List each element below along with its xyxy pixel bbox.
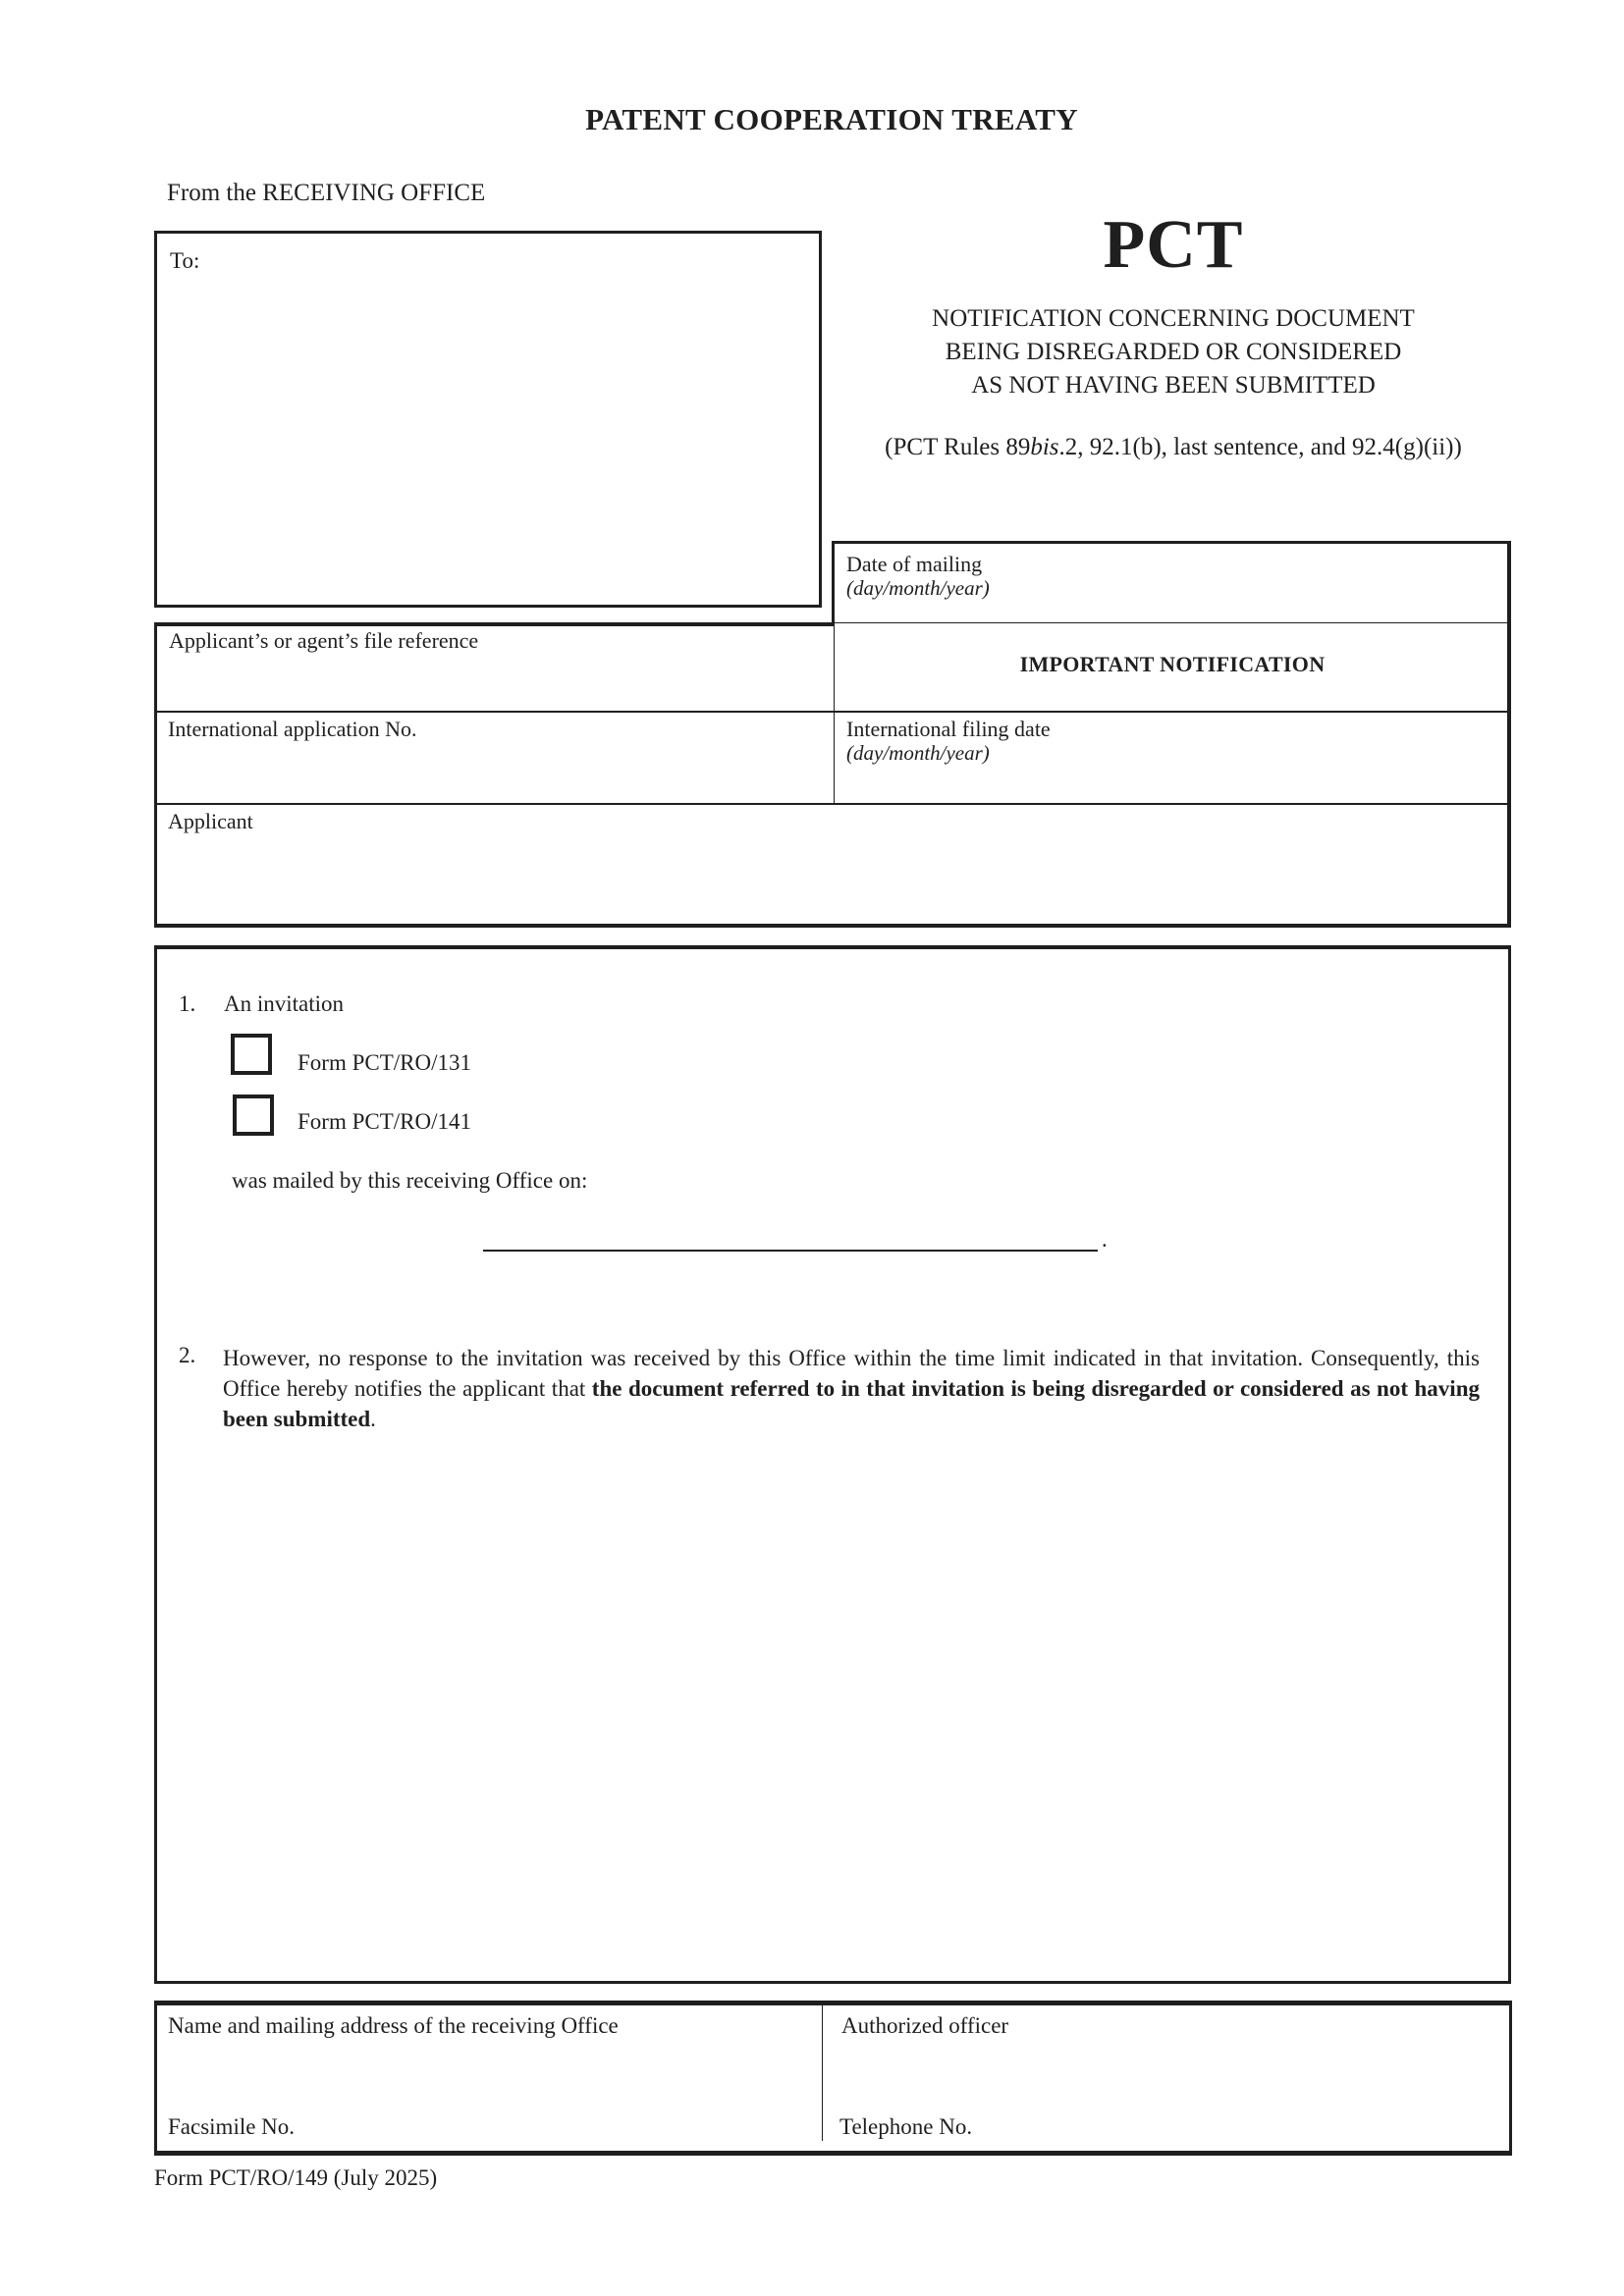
- info-block-left-border: [154, 622, 157, 928]
- important-notification: IMPORTANT NOTIFICATION: [835, 652, 1510, 677]
- info-block-right-border: [1507, 541, 1511, 928]
- form-identifier: Form PCT/RO/149 (July 2025): [154, 2165, 437, 2191]
- date-of-mailing-field[interactable]: Date of mailing (day/month/year): [846, 553, 990, 600]
- filing-date-field[interactable]: International filing date (day/month/yea…: [846, 718, 1051, 765]
- office-address-field[interactable]: Name and mailing address of the receivin…: [168, 2014, 619, 2038]
- rules-suffix: .2, 92.1(b), last sentence, and 92.4(g)(…: [1059, 434, 1462, 460]
- pct-logo: PCT: [835, 206, 1512, 285]
- telephone-label: Telephone No.: [839, 2114, 972, 2139]
- form-title-line-3: AS NOT HAVING BEEN SUBMITTED: [835, 369, 1512, 402]
- section-2-number: 2.: [179, 1343, 195, 1368]
- section-1-heading: An invitation: [224, 991, 344, 1017]
- form-title: NOTIFICATION CONCERNING DOCUMENT BEING D…: [835, 302, 1512, 402]
- office-address-label: Name and mailing address of the receivin…: [168, 2013, 619, 2038]
- section-2-end: .: [370, 1407, 376, 1431]
- option-form-pct-ro-131-label: Form PCT/RO/131: [298, 1050, 471, 1076]
- row-divider-2: [157, 803, 1508, 805]
- file-reference-field[interactable]: Applicant’s or agent’s file reference: [169, 629, 478, 653]
- telephone-field[interactable]: Telephone No.: [839, 2115, 972, 2139]
- info-block-top-border: [154, 622, 835, 626]
- date-of-mailing-format: (day/month/year): [846, 576, 990, 600]
- checkbox-form-pct-ro-131[interactable]: [231, 1034, 272, 1075]
- section-2-text: However, no response to the invitation w…: [223, 1343, 1480, 1434]
- rules-italic: bis: [1030, 434, 1058, 460]
- mailed-by-office-text: was mailed by this receiving Office on:: [232, 1168, 587, 1194]
- facsimile-label: Facsimile No.: [168, 2114, 295, 2139]
- info-block-bottom-border: [154, 924, 1511, 928]
- applicant-label: Applicant: [168, 809, 253, 833]
- row-divider-1: [157, 711, 1508, 713]
- to-label: To:: [170, 248, 199, 274]
- date-box-left-border: [832, 541, 835, 625]
- mailed-date-input-line[interactable]: [483, 1250, 1098, 1252]
- section-1-number: 1.: [179, 991, 195, 1017]
- date-of-mailing-label: Date of mailing: [846, 552, 982, 576]
- rules-prefix: (PCT Rules 89: [885, 434, 1030, 460]
- authorized-officer-field[interactable]: Authorized officer: [841, 2014, 1008, 2038]
- mailed-date-period: .: [1102, 1227, 1108, 1253]
- date-box-top-border: [832, 541, 1511, 544]
- filing-date-label: International filing date: [846, 717, 1051, 741]
- option-form-pct-ro-141-label: Form PCT/RO/141: [298, 1109, 471, 1135]
- notification-body-box: [154, 945, 1511, 1984]
- from-receiving-office: From the RECEIVING OFFICE: [167, 180, 485, 207]
- treaty-title: PATENT COOPERATION TREATY: [0, 102, 1624, 137]
- checkbox-form-pct-ro-141[interactable]: [233, 1095, 274, 1136]
- pct-rules-reference: (PCT Rules 89bis.2, 92.1(b), last senten…: [835, 434, 1512, 461]
- date-important-divider: [835, 622, 1508, 623]
- applicant-field[interactable]: Applicant: [168, 810, 253, 833]
- facsimile-field[interactable]: Facsimile No.: [168, 2115, 295, 2139]
- file-reference-label: Applicant’s or agent’s file reference: [169, 628, 478, 653]
- application-no-label: International application No.: [168, 717, 417, 741]
- filing-date-format: (day/month/year): [846, 741, 1051, 765]
- to-address-box[interactable]: To:: [154, 231, 822, 608]
- footer-vertical-divider: [822, 2005, 823, 2141]
- form-title-line-2: BEING DISREGARDED OR CONSIDERED: [835, 336, 1512, 369]
- authorized-officer-label: Authorized officer: [841, 2013, 1008, 2038]
- form-title-line-1: NOTIFICATION CONCERNING DOCUMENT: [835, 302, 1512, 336]
- application-no-field[interactable]: International application No.: [168, 718, 417, 741]
